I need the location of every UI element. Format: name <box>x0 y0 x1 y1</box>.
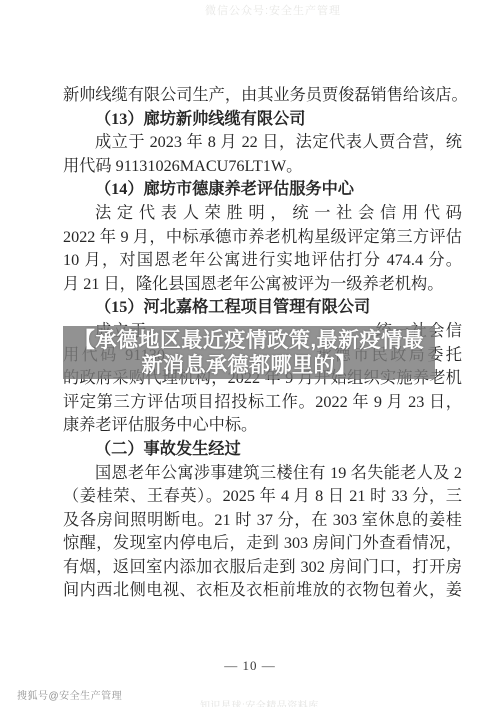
document-line: 惊醒，发现室内停电后，走到 303 房间门外查看情况，发现走廊 <box>63 532 462 556</box>
document-line: 10 月，对国恩老年公寓进行实地评估打分 474.4 分。2023 年 2 <box>63 249 462 273</box>
document-line: （姜桂荣、王春英）。2025 年 4 月 8 日 21 时 33 分，三楼走廊 <box>63 485 462 509</box>
overlay-title-line2: 新消息承德都哪里的】 <box>142 353 357 378</box>
document-line: 间内西北侧电视、衣柜及衣柜前堆放的衣物包着火，姜桂荣立即 <box>63 579 462 603</box>
overlay-title-line1: 【承德地区最近疫情政策,最新疫情最 <box>74 328 424 353</box>
document-line: 评定第三方评估项目招投标工作。2022 年 9 月 23 日，廊坊市德 <box>63 391 462 415</box>
page-number: — 10 — <box>0 658 500 674</box>
document-page: 微信公众号:安全生产管理 新帅线缆有限公司生产，由其业务员贾俊磊销售给该店。（1… <box>0 0 500 707</box>
document-line: 法定代表人荣胜明，统一社会信用代码 52131000MJ0816009B。 <box>63 202 462 226</box>
document-line: 康养老评估服务中心中标。 <box>63 414 462 438</box>
heading-line: （13）廊坊新帅线缆有限公司 <box>63 108 462 132</box>
watermark-top: 微信公众号:安全生产管理 <box>205 2 341 18</box>
document-line: 有烟，返回室内添加衣服后走到 302 房间门口，打开房门发现房 <box>63 556 462 580</box>
heading-line: （15）河北嘉格工程项目管理有限公司 <box>63 296 462 320</box>
document-line: 成立于 2023 年 8 月 22 日，法定代表人贾合营，统一社会信 <box>63 131 462 155</box>
document-line: 国恩老年公寓涉事建筑三楼住有 19 名失能老人及 2 名护工 <box>63 462 462 486</box>
document-line: 新帅线缆有限公司生产，由其业务员贾俊磊销售给该店。 <box>63 84 462 108</box>
seo-title-overlay: 【承德地区最近疫情政策,最新疫情最 新消息承德都哪里的】 <box>63 326 435 379</box>
document-line: 用代码 91131026MACU76LT1W。 <box>63 155 462 179</box>
watermark-bottom-center: 知识星球:安全精品资料库 <box>200 697 319 707</box>
document-line: 及各房间照明断电。21 时 37 分，在 303 室休息的姜桂荣被异响 <box>63 509 462 533</box>
heading-line: （二）事故发生经过 <box>63 438 462 462</box>
heading-line: （14）廊坊市德康养老评估服务中心 <box>63 178 462 202</box>
document-line: 2022 年 9 月，中标承德市养老机构星级评定第三方评估项目； <box>63 226 462 250</box>
document-line: 月 21 日，隆化县国恩老年公寓被评为一级养老机构。 <box>63 273 462 297</box>
watermark-bottom-left: 搜狐号@安全生产管理 <box>17 687 122 702</box>
